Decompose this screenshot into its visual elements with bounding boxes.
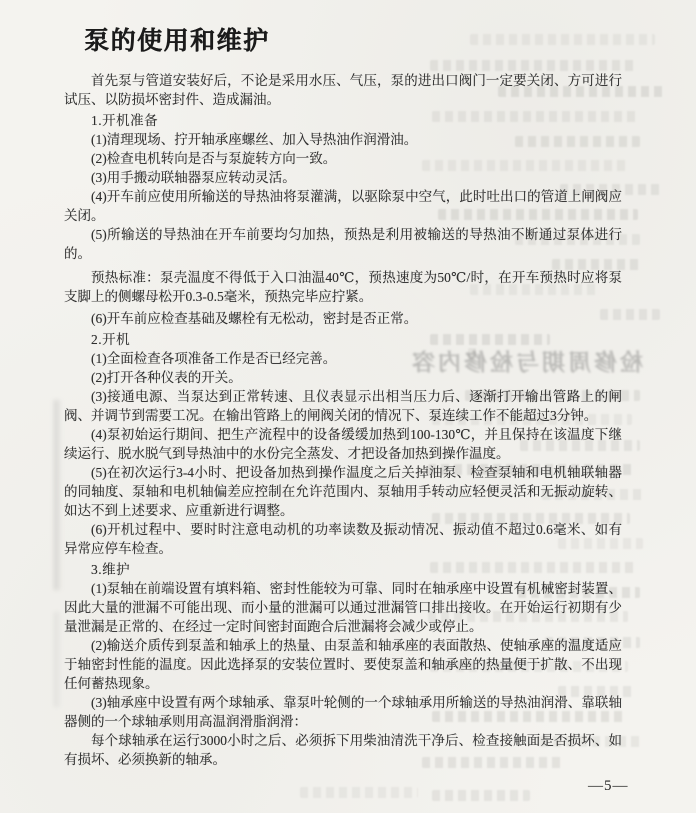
scan-edge-shadow	[54, 612, 62, 707]
scanned-page: 检修周期与检修内容 泵的使用和维护 首先泵与管道安装好后，不论是采用水压、气压，…	[0, 0, 696, 813]
section-2-heading: 2.开机	[64, 330, 622, 349]
bleedthrough-smudge	[432, 790, 530, 801]
list-item: (2)检查电机转向是否与泵旋转方向一致。	[64, 149, 622, 168]
list-item: (2)输送介质传到泵盖和轴承上的热量、由泵盖和轴承座的表面散热、使轴承座的温度适…	[64, 636, 622, 693]
page-title: 泵的使用和维护	[84, 26, 622, 56]
page-number: —5—	[588, 778, 629, 795]
list-item: (1)清理现场、拧开轴承座螺丝、加入导热油作润滑油。	[64, 130, 622, 149]
list-item: (3)轴承座中设置有两个球轴承、靠泵叶轮侧的一个球轴承用所输送的导热油润滑、靠联…	[64, 693, 622, 731]
scan-edge-shadow	[54, 400, 62, 590]
list-item: 每个球轴承在运行3000小时之后、必须拆下用柴油清洗干净后、检查接触面是否损坏、…	[64, 731, 622, 769]
list-item: (4)开车前应使用所输送的导热油将泵灌满，以驱除泵中空气，此时吐出口的管道上闸阀…	[64, 187, 622, 225]
intro-paragraph: 首先泵与管道安装好后，不论是采用水压、气压，泵的进出口阀门一定要关闭、方可进行试…	[64, 71, 622, 109]
list-item: (5)在初次运行3-4小时、把设备加热到操作温度之后关掉油泵、检查泵轴和电机轴联…	[64, 463, 622, 520]
list-item: (5)所输送的导热油在开车前要均匀加热，预热是利用被输送的导热油不断通过泵体进行…	[64, 225, 622, 263]
list-item: (6)开车前应检查基础及螺栓有无松动，密封是否正常。	[64, 309, 622, 328]
list-item: (1)泵轴在前端设置有填料箱、密封性能较为可靠、同时在轴承座中设置有机械密封装置…	[64, 579, 622, 636]
section-3-heading: 3.维护	[64, 560, 622, 579]
list-item: (2)打开各种仪表的开关。	[64, 368, 622, 387]
preheat-standard-paragraph: 预热标准：泵壳温度不得低于入口油温40℃，预热速度为50℃/时，在开车预热时应将…	[64, 268, 622, 306]
bleedthrough-smudge	[300, 787, 418, 798]
document-body: 泵的使用和维护 首先泵与管道安装好后，不论是采用水压、气压，泵的进出口阀门一定要…	[64, 26, 622, 769]
list-item: (4)泵初始运行期间、把生产流程中的设备缓缓加热到100-130℃，并且保持在该…	[64, 425, 622, 463]
list-item: (3)接通电源、当泵达到正常转速、且仪表显示出相当压力后、逐渐打开输出管路上的闸…	[64, 387, 622, 425]
list-item: (1)全面检查各项准备工作是否已经完善。	[64, 349, 622, 368]
list-item: (6)开机过程中、要时时注意电动机的功率读数及振动情况、振动值不超过0.6毫米、…	[64, 520, 622, 558]
list-item: (3)用手搬动联轴器泵应转动灵活。	[64, 168, 622, 187]
section-1-heading: 1.开机准备	[64, 111, 622, 130]
